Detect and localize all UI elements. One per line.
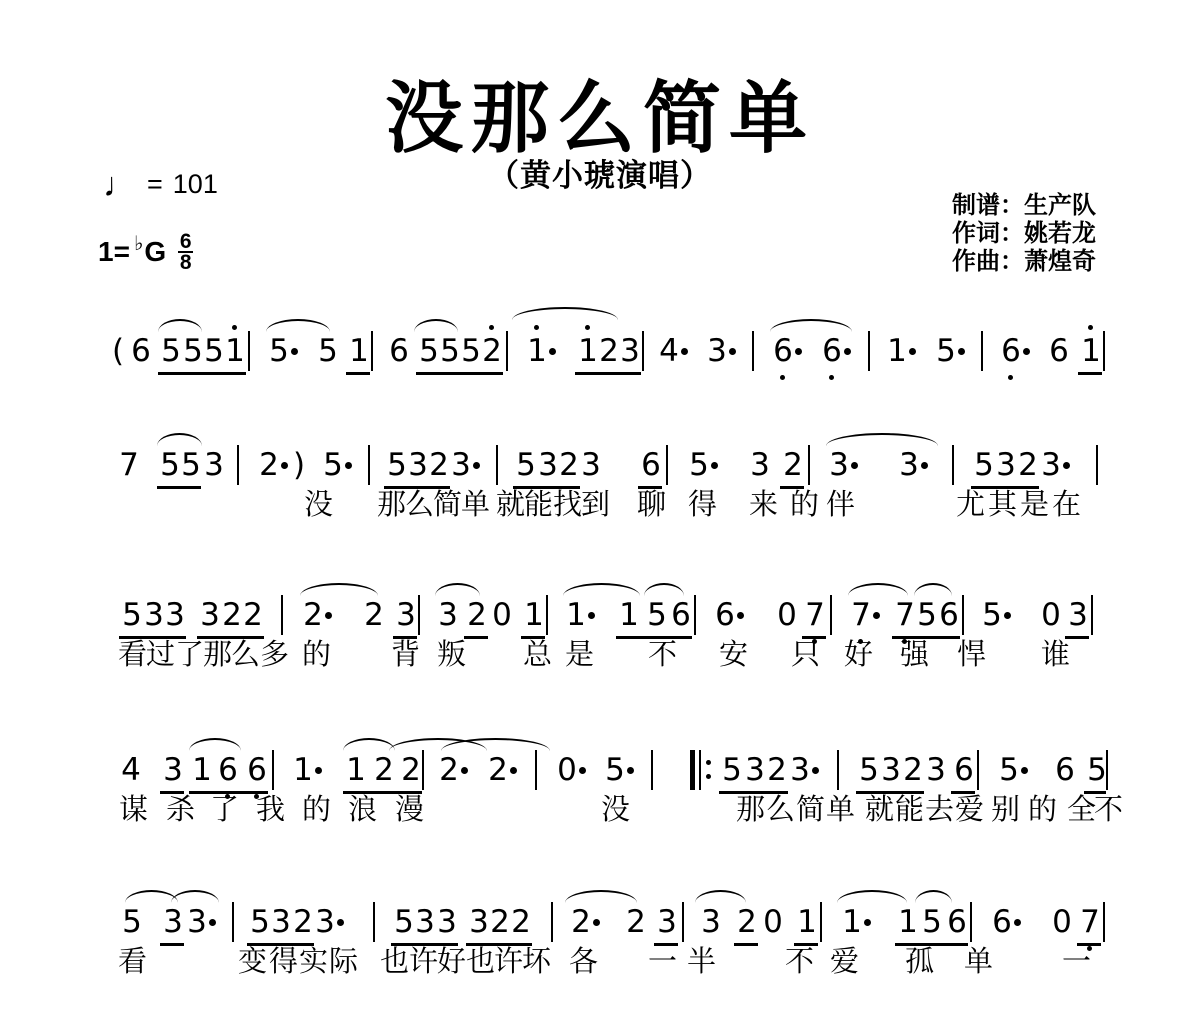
duration-dot (1004, 612, 1011, 619)
slur-arc (414, 319, 458, 332)
lyric-syllable: 那 (203, 640, 232, 670)
note-5: 5 (1086, 753, 1108, 787)
slur-arc (914, 583, 952, 596)
duration-dot (844, 348, 851, 355)
duration-dot (909, 348, 916, 355)
lyric-syllable: 实 (299, 947, 328, 977)
lyric-syllable: 总 (523, 640, 552, 670)
note-5: 5 (688, 448, 710, 482)
duration-dot (864, 919, 871, 926)
lyric-syllable: 浪 (348, 795, 377, 825)
lyric-syllable: 在 (1052, 490, 1081, 520)
slur-arc (695, 890, 746, 903)
note-6: 6 (953, 753, 975, 787)
note-6: 6 (946, 905, 968, 939)
credit-composer: 作曲：萧煌奇 (952, 248, 1096, 276)
note-3: 3 (789, 753, 811, 787)
barline (506, 331, 508, 371)
lyric-syllable: 悍 (957, 640, 986, 670)
barline (232, 902, 234, 942)
note-2: 2 (373, 753, 395, 787)
eighth-beam (1078, 372, 1102, 375)
barline (820, 902, 822, 942)
note-7: 7 (850, 598, 872, 632)
note-2: 2 (302, 598, 324, 632)
barline (1103, 902, 1105, 942)
barline (808, 445, 810, 485)
note-3: 3 (537, 448, 559, 482)
duration-dot (337, 919, 344, 926)
lyric-syllable: 也 (380, 947, 409, 977)
slur-arc (563, 583, 640, 596)
note-5: 5 (393, 905, 415, 939)
lyric-syllable: 际 (329, 947, 358, 977)
duration-dot (473, 462, 480, 469)
key-tonic: G (144, 236, 166, 268)
octave-down-dot (780, 375, 785, 380)
lyric-syllable: 没 (304, 490, 333, 520)
lyric-syllable: 能 (895, 795, 924, 825)
credits-block: 制谱：生产队 作词：姚若龙 作曲：萧煌奇 (952, 192, 1096, 276)
duration-dot (549, 348, 556, 355)
lyric-syllable: 的 (1028, 795, 1057, 825)
duration-dot (795, 348, 802, 355)
lyric-syllable: 到 (581, 490, 610, 520)
eighth-beam (158, 372, 246, 375)
note-1: 1 (841, 905, 863, 939)
time-signature: 6 8 (178, 233, 193, 271)
lyric-syllable: 杀 (166, 795, 195, 825)
lyric-syllable: 么 (231, 640, 260, 670)
note-1: 1 (348, 334, 370, 368)
note-6: 6 (714, 598, 736, 632)
lyric-syllable: 半 (687, 947, 716, 977)
slur-arc (266, 319, 330, 332)
note-6: 6 (130, 334, 152, 368)
lyric-syllable: 简 (433, 490, 462, 520)
slur-arc (171, 890, 219, 903)
note-3: 3 (407, 448, 429, 482)
note-6: 6 (1054, 753, 1076, 787)
paren: ) (293, 448, 305, 482)
barline (962, 595, 964, 635)
slur-arc (837, 890, 907, 903)
eighth-beam (416, 372, 503, 375)
barline (373, 902, 375, 942)
lyric-syllable: 多 (260, 640, 289, 670)
barline (1096, 445, 1098, 485)
slur-arc (848, 583, 908, 596)
octave-up-dot (232, 325, 237, 330)
lyric-syllable: 过 (146, 640, 175, 670)
duration-dot (291, 348, 298, 355)
note-5: 5 (935, 334, 957, 368)
lyric-syllable: 不 (648, 640, 677, 670)
lyric-syllable: 了 (210, 795, 239, 825)
note-6: 6 (217, 753, 239, 787)
note-3: 3 (395, 598, 417, 632)
barline (496, 445, 498, 485)
duration-dot (1014, 919, 1021, 926)
note-7: 7 (894, 598, 916, 632)
barline (1103, 331, 1105, 371)
lyric-syllable: 背 (391, 640, 420, 670)
note-3: 3 (450, 448, 472, 482)
lyric-syllable: 来 (749, 490, 778, 520)
note-5: 5 (858, 753, 880, 787)
note-3: 3 (162, 753, 184, 787)
barline (837, 750, 839, 790)
duration-dot (851, 462, 858, 469)
note-2: 2 (558, 448, 580, 482)
note-6: 6 (991, 905, 1013, 939)
slur-arc (565, 890, 637, 903)
lyric-syllable: 单 (964, 947, 993, 977)
note-7: 7 (1079, 905, 1101, 939)
note-3: 3 (880, 753, 902, 787)
octave-up-dot (1088, 325, 1093, 330)
lyric-syllable: 得 (688, 490, 717, 520)
octave-up-dot (489, 325, 494, 330)
note-5: 5 (515, 448, 537, 482)
note-3: 3 (619, 334, 641, 368)
note-0: 0 (762, 905, 784, 939)
note-3: 3 (314, 905, 336, 939)
note-5: 5 (386, 448, 408, 482)
note-3: 3 (1067, 598, 1089, 632)
note-2: 2 (782, 448, 804, 482)
lyric-syllable: 只 (791, 640, 820, 670)
note-2: 2 (428, 448, 450, 482)
lyric-syllable: 一 (1062, 947, 1091, 977)
lyric-syllable: 爱 (830, 947, 859, 977)
note-5: 5 (121, 905, 143, 939)
barline (237, 445, 239, 485)
note-2: 2 (570, 905, 592, 939)
lyric-syllable: 谋 (119, 795, 148, 825)
note-1: 1 (796, 905, 818, 939)
lyric-syllable: 的 (302, 795, 331, 825)
lyric-syllable: 的 (302, 640, 331, 670)
barline (651, 750, 653, 790)
note-0: 0 (556, 753, 578, 787)
note-5: 5 (160, 334, 182, 368)
note-5: 5 (159, 448, 181, 482)
duration-dot (958, 348, 965, 355)
note-3: 3 (186, 905, 208, 939)
barline (977, 750, 979, 790)
note-5: 5 (981, 598, 1003, 632)
barline (272, 750, 274, 790)
lyric-syllable: 单 (461, 490, 490, 520)
slur-arc (435, 583, 480, 596)
eighth-beam (160, 943, 184, 946)
barline (535, 750, 537, 790)
barline (981, 331, 983, 371)
note-6: 6 (1048, 334, 1070, 368)
note-5: 5 (180, 448, 202, 482)
lyric-syllable: 漫 (395, 795, 424, 825)
note-1: 1 (565, 598, 587, 632)
repeat-dot (706, 760, 711, 765)
note-3: 3 (925, 753, 947, 787)
lyric-syllable: 爱 (955, 795, 984, 825)
note-1: 1 (897, 905, 919, 939)
note-5: 5 (973, 448, 995, 482)
barline (371, 331, 373, 371)
lyric-syllable: 坏 (522, 947, 551, 977)
lyric-syllable: 是 (1020, 490, 1049, 520)
note-6: 6 (388, 334, 410, 368)
lyric-syllable: 不 (1094, 795, 1123, 825)
note-3: 3 (580, 448, 602, 482)
duration-dot (729, 348, 736, 355)
note-7: 7 (118, 448, 140, 482)
tempo-equals: = (147, 169, 163, 199)
note-5: 5 (921, 905, 943, 939)
lyric-syllable: 得 (269, 947, 298, 977)
barline (830, 595, 832, 635)
duration-dot (921, 462, 928, 469)
duration-dot (345, 462, 352, 469)
note-5: 5 (439, 334, 461, 368)
duration-dot (281, 462, 288, 469)
note-5: 5 (460, 334, 482, 368)
lyric-syllable: 么 (405, 490, 434, 520)
note-3: 3 (270, 905, 292, 939)
lyric-syllable: 许 (409, 947, 438, 977)
lyric-syllable: 不 (785, 947, 814, 977)
note-2: 2 (438, 753, 460, 787)
note-3: 3 (828, 448, 850, 482)
note-5: 5 (418, 334, 440, 368)
slur-arc (512, 307, 618, 320)
note-5: 5 (604, 753, 626, 787)
barline (752, 331, 754, 371)
slur-arc (826, 433, 938, 446)
note-1: 1 (523, 598, 545, 632)
note-1: 1 (292, 753, 314, 787)
lyric-syllable: 么 (766, 795, 795, 825)
note-3: 3 (437, 598, 459, 632)
note-2: 2 (736, 905, 758, 939)
paren: ( (112, 334, 124, 368)
lyric-syllable: 那 (736, 795, 765, 825)
note-3: 3 (995, 448, 1017, 482)
lyric-syllable: 聊 (637, 490, 666, 520)
duration-dot (1023, 348, 1030, 355)
note-0: 0 (491, 598, 513, 632)
note-1: 1 (191, 753, 213, 787)
note-0: 0 (1040, 598, 1062, 632)
barline (546, 595, 548, 635)
note-6: 6 (772, 334, 794, 368)
note-3: 3 (898, 448, 920, 482)
note-2: 2 (221, 598, 243, 632)
eighth-beam (575, 372, 641, 375)
note-2: 2 (292, 905, 314, 939)
slur-arc (915, 890, 952, 903)
note-6: 6 (640, 448, 662, 482)
lyric-syllable: 简 (796, 795, 825, 825)
note-1: 1 (618, 598, 640, 632)
slur-arc (125, 890, 178, 903)
note-0: 0 (776, 598, 798, 632)
barline (694, 595, 696, 635)
credit-lyricist: 作词：姚若龙 (952, 220, 1096, 248)
note-1: 1 (526, 334, 548, 368)
note-7: 7 (804, 598, 826, 632)
barline (418, 595, 420, 635)
note-3: 3 (656, 905, 678, 939)
slur-arc (770, 319, 852, 332)
slur-arc (157, 433, 202, 446)
barline (1106, 750, 1108, 790)
lyric-syllable: 也 (466, 947, 495, 977)
lyric-syllable: 叛 (437, 640, 466, 670)
note-1: 1 (577, 334, 599, 368)
note-3: 3 (436, 905, 458, 939)
octave-up-dot (534, 325, 539, 330)
tempo-bpm: 101 (173, 169, 218, 199)
flat-icon: ♭ (134, 231, 143, 256)
lyric-syllable: 是 (565, 640, 594, 670)
lyric-syllable: 谁 (1041, 640, 1070, 670)
note-2: 2 (258, 448, 280, 482)
note-5: 5 (182, 334, 204, 368)
lyric-syllable: 各 (569, 947, 598, 977)
duration-dot (681, 348, 688, 355)
tempo-marking: ♩=101 (103, 166, 218, 205)
barline (666, 445, 668, 485)
note-3: 3 (749, 448, 771, 482)
eighth-beam (734, 943, 758, 946)
lyric-syllable: 尤 (956, 490, 985, 520)
lyric-syllable: 的 (790, 490, 819, 520)
lyric-syllable: 去 (925, 795, 954, 825)
slur-arc (300, 583, 378, 596)
note-5: 5 (646, 598, 668, 632)
duration-dot (209, 919, 216, 926)
lyric-syllable: 我 (256, 795, 285, 825)
note-5: 5 (317, 334, 339, 368)
barline (868, 331, 870, 371)
slur-arc (343, 738, 395, 751)
barline (970, 902, 972, 942)
lyric-syllable: 好 (844, 640, 873, 670)
note-3: 3 (706, 334, 728, 368)
note-3: 3 (203, 448, 225, 482)
duration-dot (737, 612, 744, 619)
lyric-syllable: 伴 (826, 490, 855, 520)
note-2: 2 (242, 598, 264, 632)
duration-dot (461, 767, 468, 774)
note-4: 4 (658, 334, 680, 368)
barline (368, 445, 370, 485)
note-3: 3 (1040, 448, 1062, 482)
duration-dot (1063, 462, 1070, 469)
barline (281, 595, 283, 635)
meter-denominator: 8 (180, 254, 192, 271)
note-5: 5 (322, 448, 344, 482)
eighth-beam (346, 372, 370, 375)
lyric-syllable: 看 (118, 947, 147, 977)
note-5: 5 (916, 598, 938, 632)
note-6: 6 (246, 753, 268, 787)
note-1: 1 (1080, 334, 1102, 368)
duration-dot (510, 767, 517, 774)
note-2: 2 (466, 598, 488, 632)
lyric-syllable: 那 (377, 490, 406, 520)
lyric-syllable: 孤 (905, 947, 934, 977)
note-5: 5 (998, 753, 1020, 787)
lyric-syllable: 看 (118, 640, 147, 670)
repeat-bar (699, 750, 701, 790)
note-1: 1 (886, 334, 908, 368)
barline (952, 445, 954, 485)
repeat-bar (690, 750, 695, 790)
note-2: 2 (1017, 448, 1039, 482)
lyric-syllable: 好 (437, 947, 466, 977)
note-2: 2 (489, 905, 511, 939)
note-4: 4 (120, 753, 142, 787)
note-3: 3 (744, 753, 766, 787)
note-3: 3 (468, 905, 490, 939)
slur-arc (644, 583, 684, 596)
note-3: 3 (414, 905, 436, 939)
note-6: 6 (670, 598, 692, 632)
note-5: 5 (249, 905, 271, 939)
lyric-syllable: 别 (991, 795, 1020, 825)
duration-dot (1021, 767, 1028, 774)
lyric-syllable: 安 (719, 640, 748, 670)
duration-dot (588, 612, 595, 619)
note-3: 3 (164, 598, 186, 632)
lyric-syllable: 全 (1067, 795, 1096, 825)
note-1: 1 (345, 753, 367, 787)
octave-up-dot (585, 325, 590, 330)
note-2: 2 (510, 905, 532, 939)
duration-dot (593, 919, 600, 926)
slur-arc (158, 319, 202, 332)
repeat-dot (706, 774, 711, 779)
note-2: 2 (363, 598, 385, 632)
note-6: 6 (1000, 334, 1022, 368)
note-5: 5 (721, 753, 743, 787)
note-1: 1 (224, 334, 246, 368)
lyric-syllable: 找 (553, 490, 582, 520)
barline (682, 902, 684, 942)
note-2: 2 (902, 753, 924, 787)
lyric-syllable: 许 (494, 947, 523, 977)
lyric-syllable: 能 (524, 490, 553, 520)
eighth-beam (157, 486, 201, 489)
slur-arc (189, 738, 241, 751)
lyric-syllable: 就 (496, 490, 525, 520)
note-2: 2 (487, 753, 509, 787)
barline (551, 902, 553, 942)
duration-dot (325, 612, 332, 619)
lyric-syllable: 一 (648, 947, 677, 977)
lyric-syllable: 就 (865, 795, 894, 825)
note-2: 2 (598, 334, 620, 368)
lyric-syllable: 没 (601, 795, 630, 825)
duration-dot (315, 767, 322, 774)
duration-dot (812, 767, 819, 774)
note-5: 5 (203, 334, 225, 368)
note-2: 2 (625, 905, 647, 939)
duration-dot (873, 612, 880, 619)
